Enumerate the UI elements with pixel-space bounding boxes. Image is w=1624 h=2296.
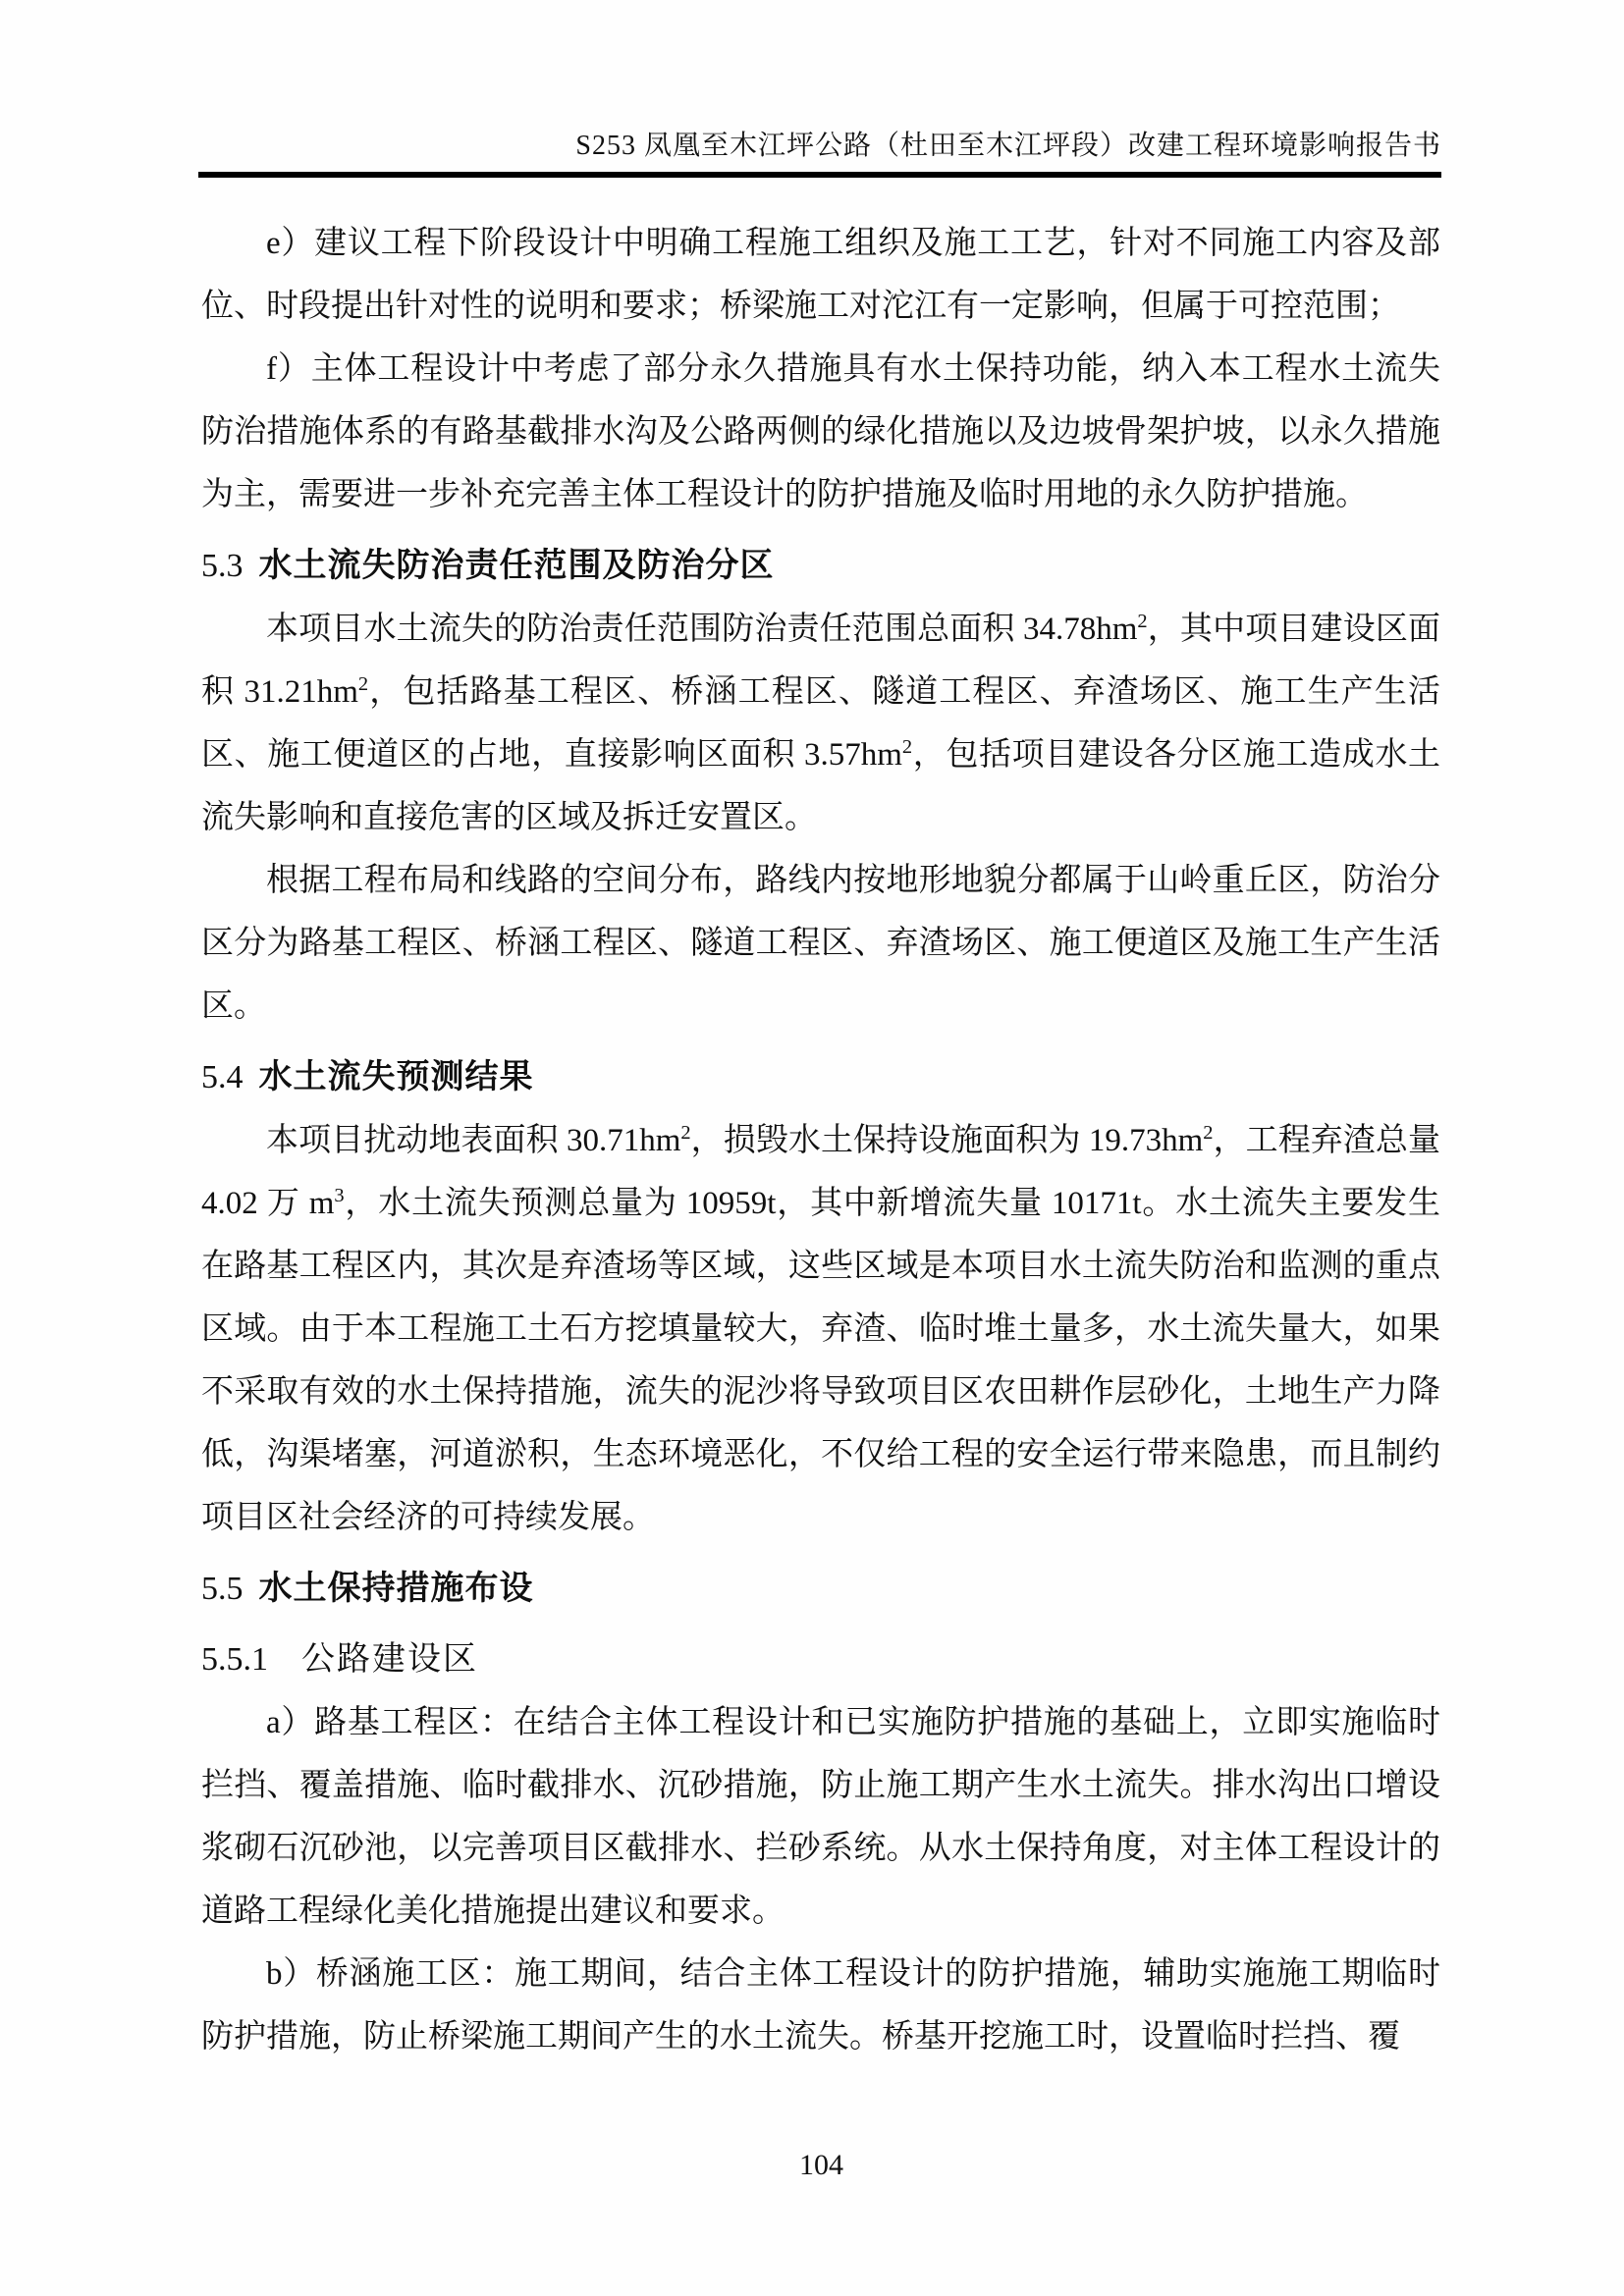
section-heading-5-5: 5.5水土保持措施布设 xyxy=(201,1557,1440,1621)
paragraph: 本项目水土流失的防治责任范围防治责任范围总面积 34.78hm2，其中项目建设区… xyxy=(201,598,1440,849)
paragraph: b）桥涵施工区：施工期间，结合主体工程设计的防护措施，辅助实施施工期临时防护措施… xyxy=(201,1943,1440,2068)
paragraph: f）主体工程设计中考虑了部分永久措施具有水土保持功能，纳入本工程水土流失防治措施… xyxy=(201,338,1440,526)
superscript: 2 xyxy=(902,736,912,758)
superscript: 2 xyxy=(358,673,368,695)
paragraph: e）建议工程下阶段设计中明确工程施工组织及施工工艺，针对不同施工内容及部位、时段… xyxy=(201,212,1440,338)
section-title: 水土流失预测结果 xyxy=(259,1058,534,1095)
section-title: 公路建设区 xyxy=(301,1641,478,1678)
superscript: 2 xyxy=(1203,1122,1213,1144)
running-header-title: S253 凤凰至木江坪公路（杜田至木江坪段）改建工程环境影响报告书 xyxy=(201,130,1441,163)
section-number: 5.5 xyxy=(201,1571,244,1607)
section-heading-5-3: 5.3水土流失防治责任范围及防治分区 xyxy=(201,534,1440,598)
superscript: 2 xyxy=(1137,611,1147,632)
document-page: S253 凤凰至木江坪公路（杜田至木江坪段）改建工程环境影响报告书 e）建议工程… xyxy=(0,0,1624,2296)
section-number: 5.4 xyxy=(201,1059,244,1095)
superscript: 2 xyxy=(680,1122,690,1144)
section-title: 水土保持措施布设 xyxy=(259,1570,534,1607)
paragraph: 本项目扰动地表面积 30.71hm2，损毁水土保持设施面积为 19.73hm2，… xyxy=(201,1109,1440,1549)
section-heading-5-5-1: 5.5.1公路建设区 xyxy=(201,1629,1440,1691)
superscript: 3 xyxy=(334,1185,344,1206)
page-number: 104 xyxy=(201,2148,1441,2183)
section-heading-5-4: 5.4水土流失预测结果 xyxy=(201,1045,1440,1109)
document-body: e）建议工程下阶段设计中明确工程施工组织及施工工艺，针对不同施工内容及部位、时段… xyxy=(201,212,1440,2068)
section-title: 水土流失防治责任范围及防治分区 xyxy=(259,547,775,584)
paragraph: a）路基工程区：在结合主体工程设计和已实施防护措施的基础上，立即实施临时拦挡、覆… xyxy=(201,1691,1440,1943)
header-rule xyxy=(198,172,1441,178)
section-number: 5.3 xyxy=(201,548,244,584)
paragraph: 根据工程布局和线路的空间分布，路线内按地形地貌分都属于山岭重丘区，防治分区分为路… xyxy=(201,849,1440,1038)
section-number: 5.5.1 xyxy=(201,1641,268,1678)
